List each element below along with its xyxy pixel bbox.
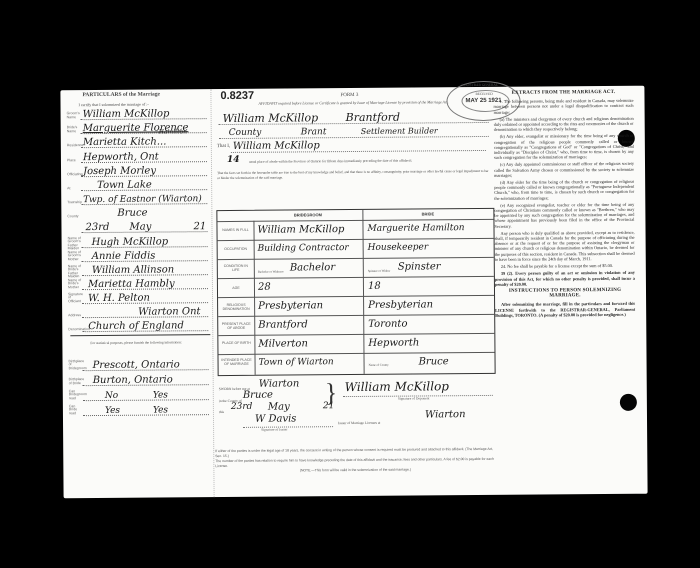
deponent-name: William McKillop — [223, 111, 319, 125]
field-bride-name: Bride's Name Marguerite Florence Hamilto… — [67, 120, 207, 134]
days-residence: 14 — [227, 155, 240, 165]
statistical-note: For statistical purposes, please furnish… — [90, 340, 200, 346]
field-county: County Bruce — [67, 205, 207, 219]
left-column-divider — [210, 89, 214, 497]
field-place: Place Hepworth, Ont — [67, 149, 207, 163]
particulars-title: PARTICULARS of the Marriage — [82, 92, 160, 99]
deponent-occupation: Settlement Builder — [361, 126, 438, 136]
field-officiant-address: Address Wiarton Ont — [68, 304, 208, 318]
deponent-signature: William McKillop — [345, 379, 449, 394]
field-township: Township Twp. of Eastnor (Wiarton) — [67, 191, 207, 205]
true-statement: That the facts set forth in the hereunde… — [217, 169, 489, 181]
marriage-details-table: BRIDEGROOM BRIDE NAMES IN FULL William M… — [216, 208, 495, 376]
that-name: William McKillop — [233, 140, 320, 152]
field-groom-literacy: Can Bridegroom read No Yes — [69, 387, 209, 401]
extracts-title: EXTRACTS FROM THE MARRIAGE ACT. — [493, 90, 633, 96]
field-groom-birthplace: Birthplace of Bridegroom Prescott, Ontar… — [69, 357, 209, 371]
issuer-signature: W Davis — [255, 413, 297, 424]
field-bride-father: Name of Bride's Father William Allinson — [68, 262, 208, 276]
sworn-place: Wiarton — [259, 378, 300, 389]
field-at: At Town Lake — [67, 177, 207, 191]
field-bride-literacy: Can Bride read Yes Yes — [69, 402, 209, 416]
footnotes: If either of the parties is under the le… — [215, 447, 495, 474]
field-residence: Residence Marietta Kitch... — [67, 134, 207, 148]
field-groom-name: Groom's Name William McKillop — [67, 106, 207, 120]
instructions-title: INSTRUCTIONS TO PERSON SOLEMNIZING MARRI… — [495, 288, 635, 300]
field-groom-mother: Maiden Name of Groom's Mother Annie Fidd… — [68, 248, 208, 262]
field-groom-father: Name of Groom's Father Hugh McKillop — [68, 234, 208, 248]
marriage-act-extracts: EXTRACTS FROM THE MARRIAGE ACT. 1. The f… — [493, 88, 635, 320]
field-bride-birthplace: Birthplace of Bride Burton, Ontario — [69, 372, 209, 386]
deponent-city: Brantford — [346, 111, 401, 124]
table-row: INTENDED PLACE OF MARRIAGE Town of Wiart… — [218, 352, 494, 375]
deponent-county: Brant — [301, 127, 327, 137]
sworn-county: Bruce — [243, 390, 273, 401]
field-denomination: Denomination Church of England — [68, 318, 208, 332]
particulars-divider — [70, 334, 210, 336]
field-officiant-signature: Signature of Officiant W. H. Pelton — [68, 290, 208, 304]
issuer-at: Wiarton — [425, 409, 466, 420]
field-officiating: Officiating Joseph Morley — [67, 163, 207, 177]
form-label: FORM 3 — [340, 93, 358, 98]
form-number: 0.8237 — [220, 90, 254, 102]
punch-hole-bottom — [620, 394, 637, 411]
instructions-text: After solemnizing the marriage, fill in … — [495, 301, 635, 318]
field-bride-mother: Maiden Name of Bride's Mother Marietta H… — [68, 276, 208, 290]
marriage-license-document: PARTICULARS of the Marriage I certify th… — [60, 86, 647, 499]
field-date: 23rd May 21 — [67, 219, 207, 233]
